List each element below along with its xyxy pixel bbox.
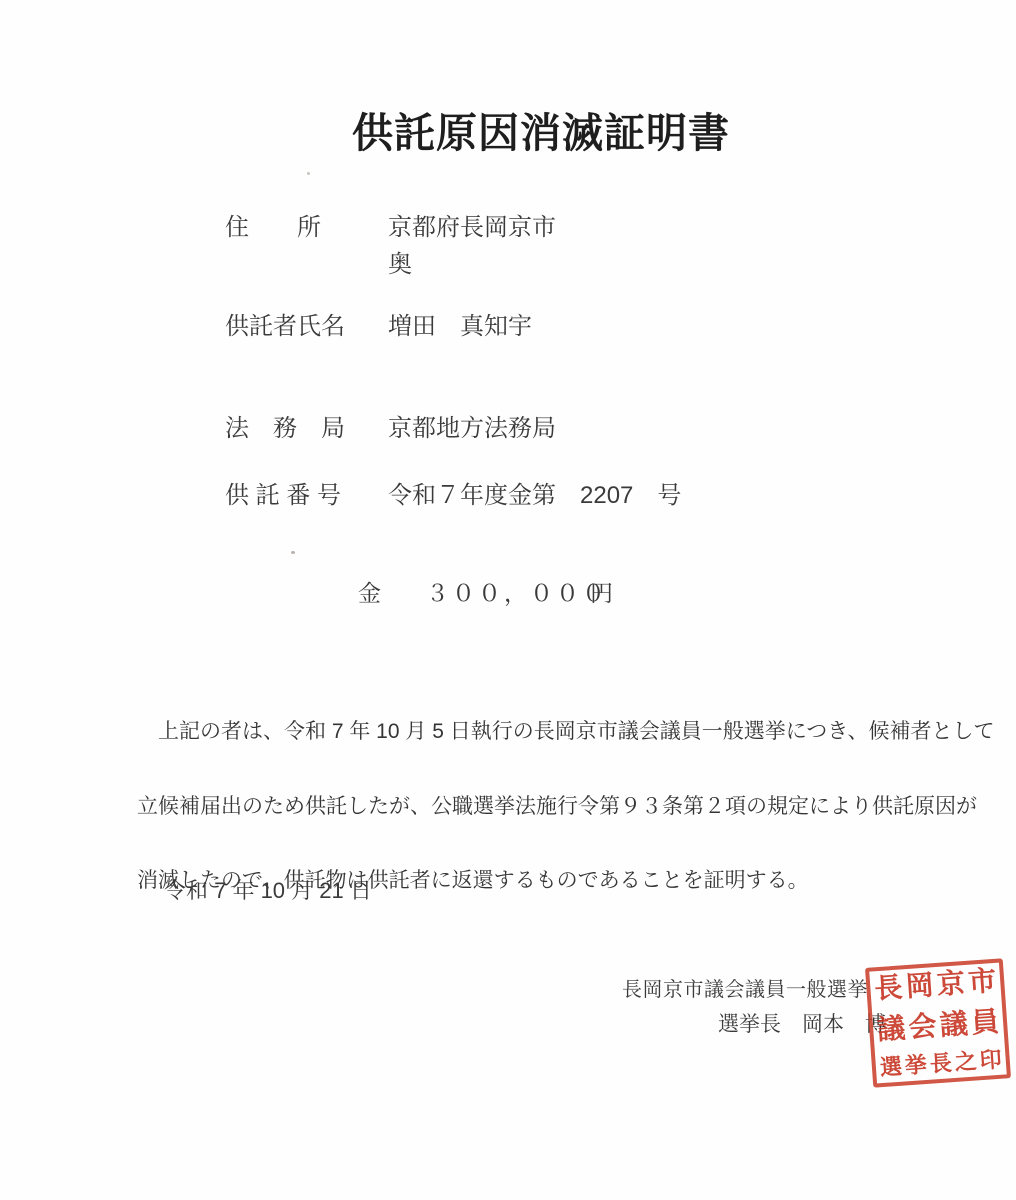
address-label: 住 所 — [225, 216, 321, 240]
official-seal-stamp: 長岡京市 議会議員 選挙長之印 — [865, 958, 1011, 1087]
body-line-1: 上記の者は、令和 7 年 10 月 5 日執行の長岡京市議会議員一般選挙につき、… — [137, 716, 982, 749]
scan-noise-speck — [291, 551, 295, 554]
deposit-number-label: 供 託 番 号 — [225, 484, 341, 508]
scanned-document-page: { "colors": { "ink": "#333333", "seal_re… — [0, 0, 1016, 1200]
amount-prefix: 金 — [358, 582, 381, 605]
document-title: 供託原因消滅証明書 — [352, 113, 730, 154]
address-value-line2: 奥 — [388, 253, 412, 277]
seal-text-row: 選挙長之印 — [879, 1049, 1002, 1079]
bureau-value: 京都地方法務局 — [388, 417, 556, 441]
scan-noise-speck — [307, 172, 310, 175]
election-name: 長岡京市議会議員一般選挙 — [622, 980, 868, 1000]
election-officer-signature: 選挙長 岡本 博 — [718, 1014, 886, 1035]
depositor-name-value: 増田 真知宇 — [388, 315, 532, 339]
issue-date: 令和 7 年 10 月 21 日 — [164, 880, 372, 902]
deposit-number-value: 令和７年度金第 2207 号 — [388, 484, 681, 508]
bureau-label: 法 務 局 — [225, 417, 345, 441]
amount-value: ３００，０００ — [426, 582, 608, 605]
amount-suffix: 円 — [590, 582, 613, 605]
seal-text-row: 長岡京市 — [874, 967, 998, 1003]
body-line-2: 立候補届出のため供託したが、公職選挙法施行令第９３条第２項の規定により供託原因が — [137, 791, 982, 824]
seal-text-row: 議会議員 — [876, 1008, 1000, 1044]
address-value: 京都府長岡京市 — [388, 216, 556, 240]
depositor-name-label: 供託者氏名 — [225, 315, 345, 339]
